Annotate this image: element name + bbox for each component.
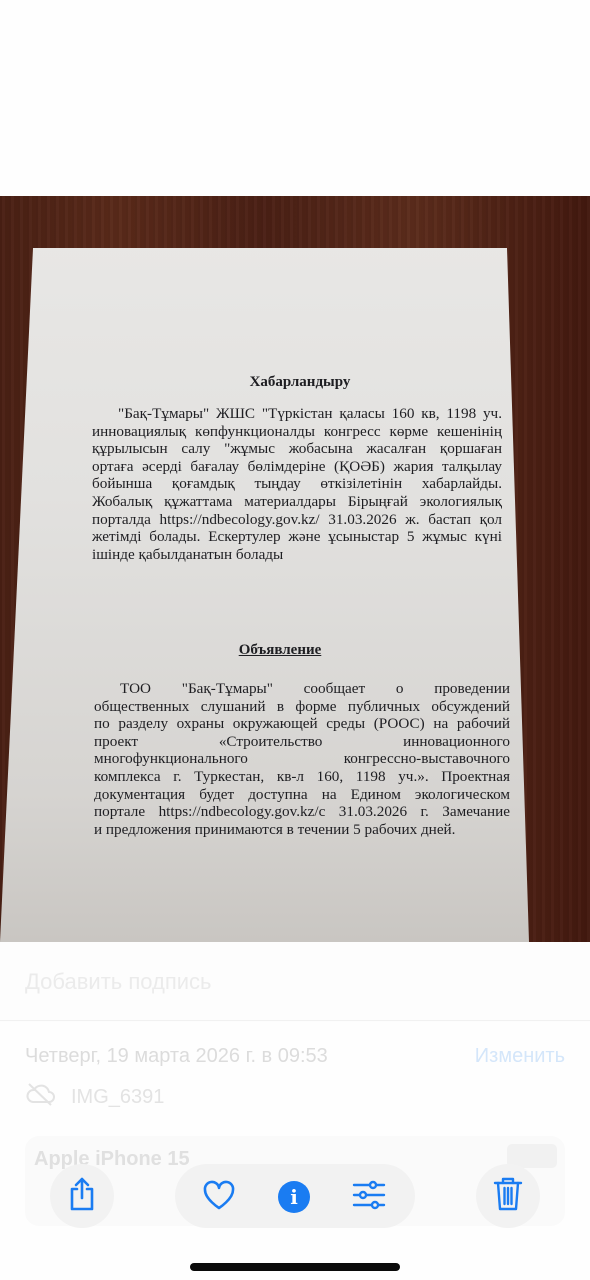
info-button[interactable]: i bbox=[277, 1180, 311, 1214]
delete-button[interactable] bbox=[476, 1164, 540, 1228]
share-icon bbox=[67, 1176, 97, 1217]
russian-paragraph: ТОО "Бақ-Тұмары" сообщает о проведении о… bbox=[94, 680, 510, 838]
russian-title: Объявление bbox=[160, 642, 400, 660]
share-button[interactable] bbox=[50, 1164, 114, 1228]
file-info: IMG_6391 bbox=[25, 1082, 164, 1112]
divider bbox=[0, 1020, 590, 1021]
kazakh-paragraph: "Бақ-Тұмары" ЖШС "Түркістан қаласы 160 к… bbox=[92, 405, 502, 563]
favorite-button[interactable] bbox=[202, 1180, 236, 1214]
kazakh-title: Хабарландыру bbox=[180, 374, 420, 392]
action-pill: i bbox=[175, 1164, 415, 1228]
adjust-sliders-icon bbox=[352, 1180, 386, 1215]
photo-date: Четверг, 19 марта 2026 г. в 09:53 bbox=[25, 1045, 328, 1068]
photo-viewer[interactable]: Хабарландыру "Бақ-Тұмары" ЖШС "Түркістан… bbox=[0, 196, 590, 942]
info-icon: i bbox=[278, 1181, 310, 1213]
trash-icon bbox=[493, 1176, 523, 1217]
caption-field[interactable]: Добавить подпись bbox=[0, 942, 590, 1022]
device-name: Apple iPhone 15 bbox=[34, 1148, 190, 1171]
filename: IMG_6391 bbox=[71, 1086, 164, 1109]
heart-icon bbox=[202, 1180, 236, 1215]
cloud-slash-icon bbox=[25, 1082, 57, 1112]
adjust-button[interactable] bbox=[352, 1180, 386, 1214]
home-indicator[interactable] bbox=[190, 1263, 400, 1271]
document-text: Хабарландыру "Бақ-Тұмары" ЖШС "Түркістан… bbox=[0, 196, 590, 942]
edit-date-button[interactable]: Изменить bbox=[475, 1045, 565, 1068]
caption-placeholder[interactable]: Добавить подпись bbox=[25, 969, 212, 995]
